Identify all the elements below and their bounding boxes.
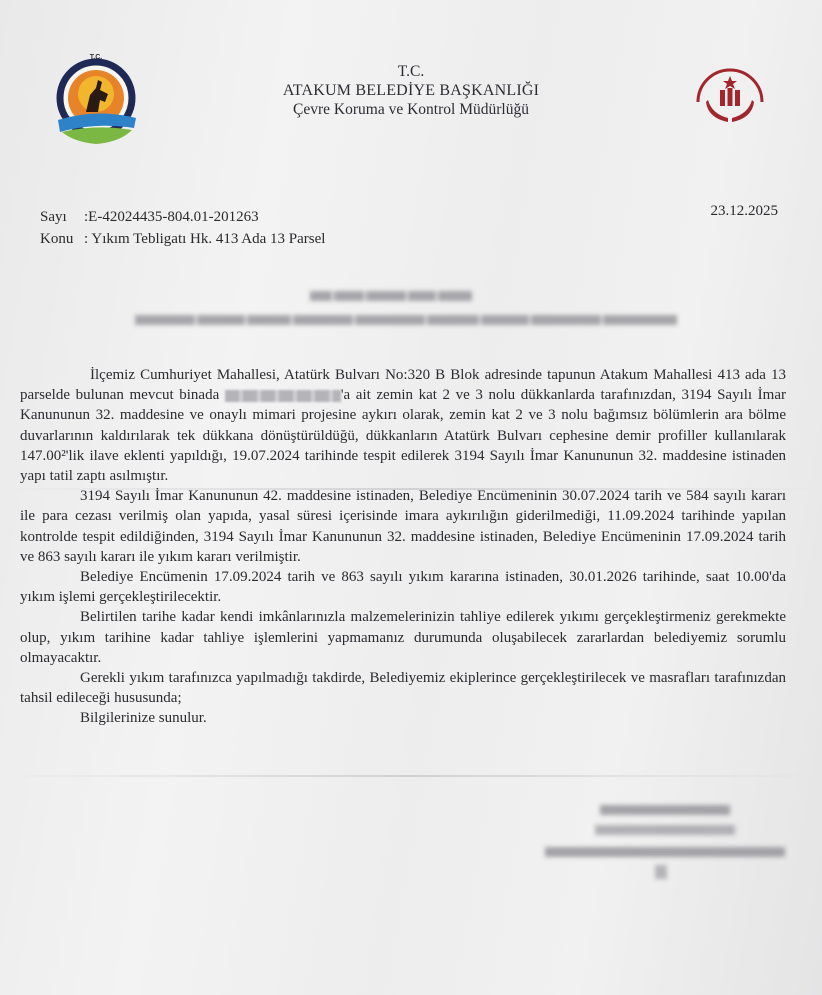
document-date: 23.12.2025 (711, 203, 779, 220)
sayi-label: Sayı (40, 206, 84, 228)
letterhead-organization: ATAKUM BELEDİYE BAŞKANLIĞI (0, 81, 822, 100)
sayi-line: Sayı:E-42024435-804.01-201263 (40, 206, 325, 228)
letter-body: İlçemiz Cumhuriyet Mahallesi, Atatürk Bu… (20, 365, 786, 729)
konu-line: Konu: Yıkım Tebligatı Hk. 413 Ada 13 Par… (40, 228, 325, 250)
redacted-recipient-name (310, 288, 474, 306)
konu-label: Konu (40, 228, 84, 250)
paper-fold (0, 775, 822, 777)
paragraph-4: Belirtilen tarihe kadar kendi imkânların… (20, 607, 786, 668)
konu-value: : Yıkım Tebligatı Hk. 413 Ada 13 Parsel (84, 231, 325, 247)
paragraph-3: Belediye Encümenin 17.09.2024 tarih ve 8… (20, 567, 786, 607)
closing-line: Bilgilerinize sunulur. (20, 708, 786, 728)
document-meta: Sayı:E-42024435-804.01-201263 Konu: Yıkı… (40, 206, 325, 250)
paragraph-2: 3194 Sayılı İmar Kanununun 42. maddesine… (20, 486, 786, 567)
redacted-owner-name (225, 390, 341, 402)
sayi-value: :E-42024435-804.01-201263 (84, 209, 259, 225)
redacted-signature-block (540, 795, 790, 895)
letterhead-tc: T.C. (0, 62, 822, 81)
paragraph-5: Gerekli yıkım tarafınızca yapılmadığı ta… (20, 668, 786, 708)
paragraph-1: İlçemiz Cumhuriyet Mahallesi, Atatürk Bu… (20, 365, 786, 486)
letterhead: T.C. ATAKUM BELEDİYE BAŞKANLIĞI Çevre Ko… (0, 62, 822, 119)
letterhead-department: Çevre Koruma ve Kontrol Müdürlüğü (0, 100, 822, 119)
redacted-recipient-address (135, 312, 679, 330)
